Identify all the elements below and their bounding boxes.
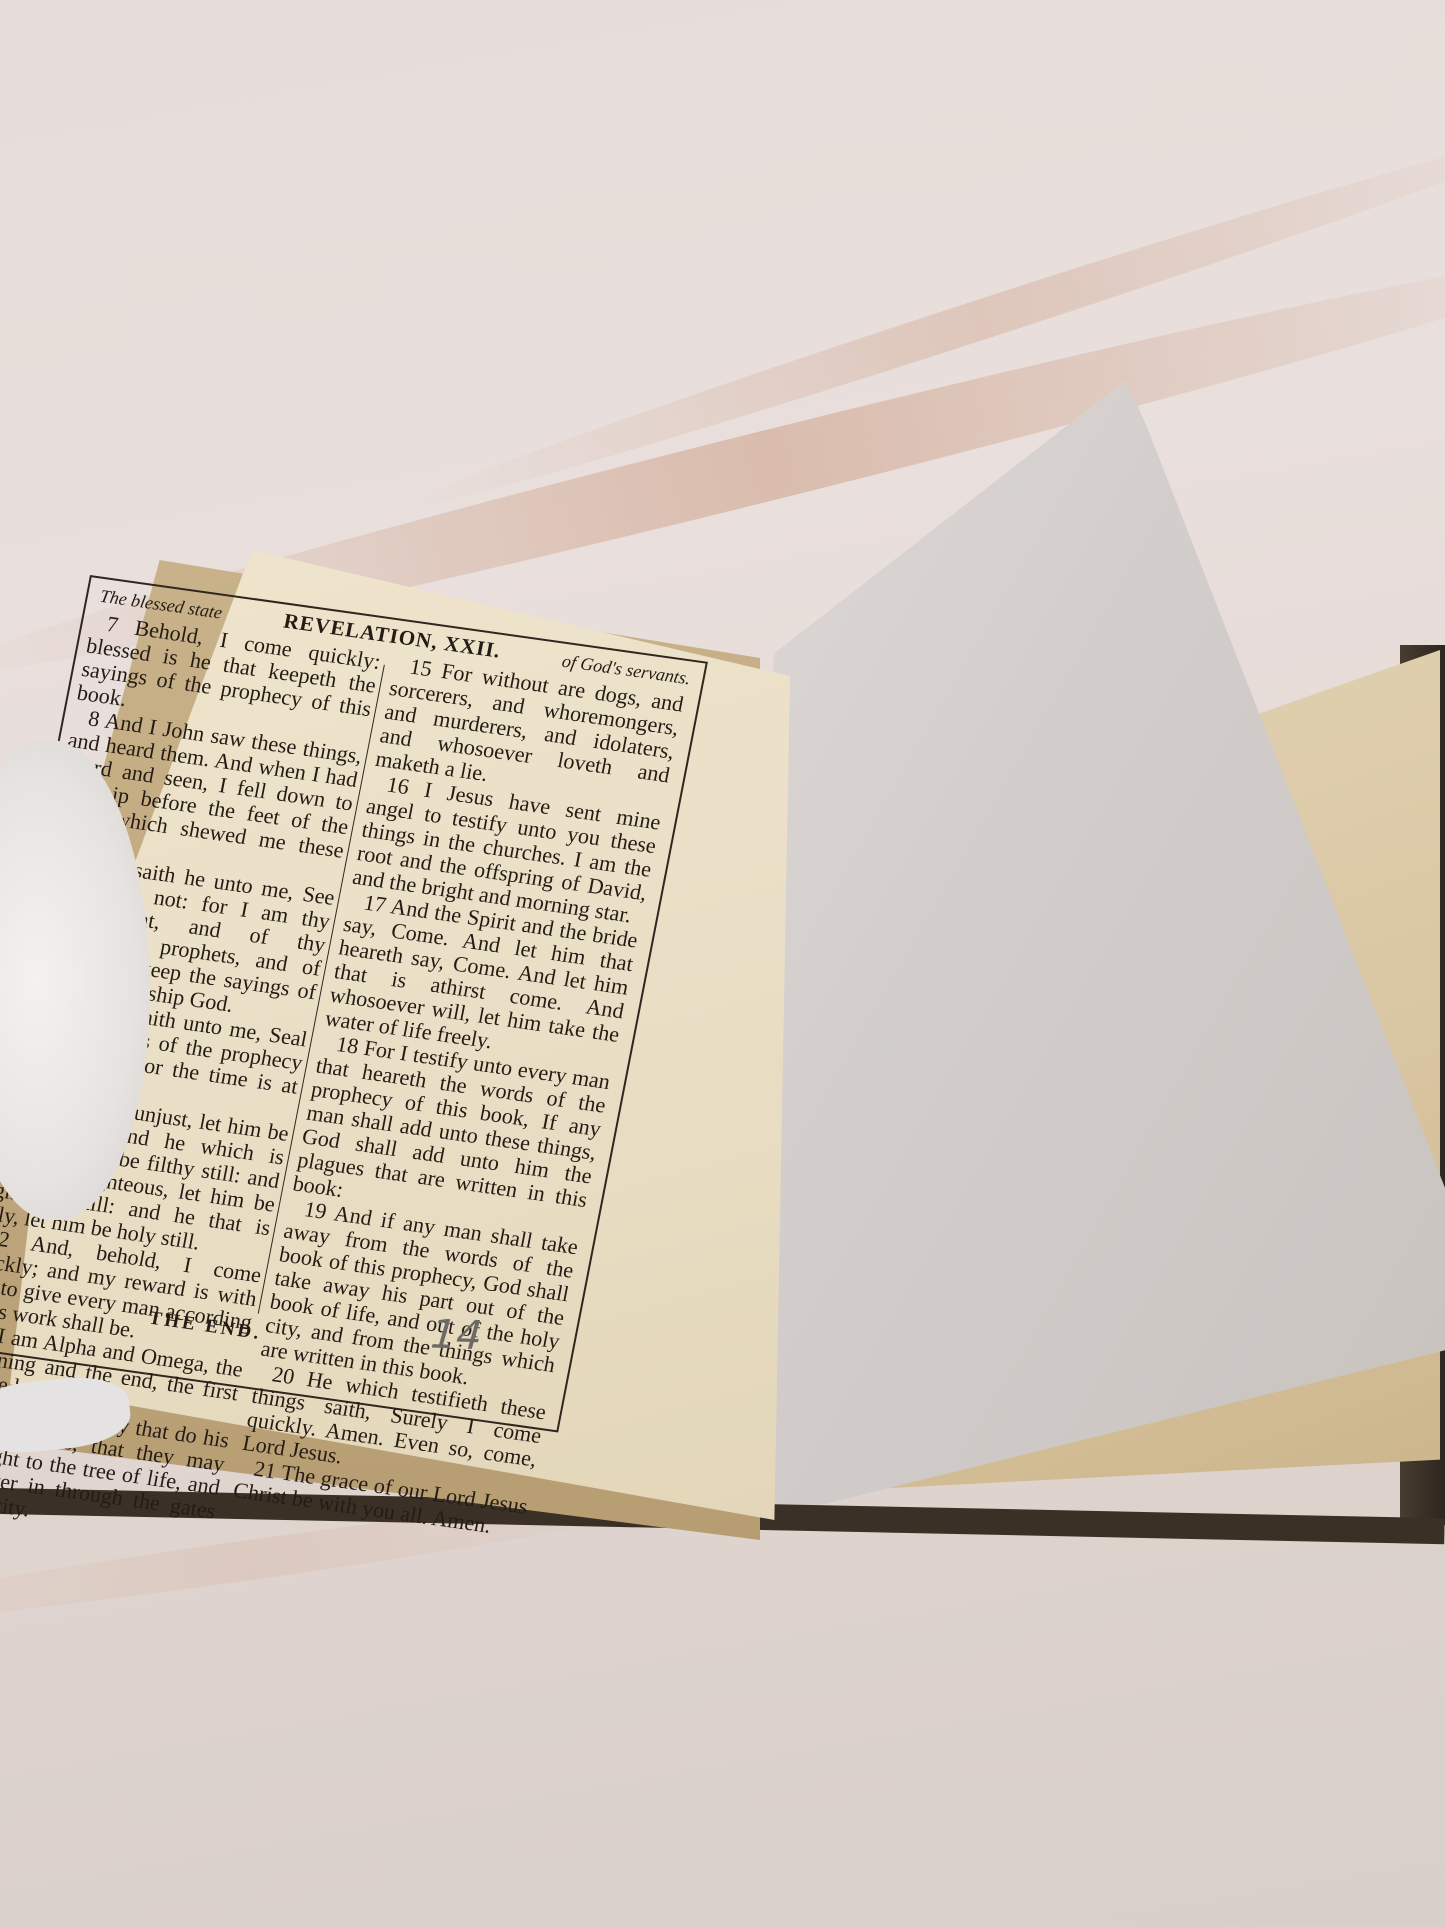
blank-flyleaf-page	[760, 380, 1445, 1520]
pencil-annotation: 14	[430, 1323, 483, 1349]
